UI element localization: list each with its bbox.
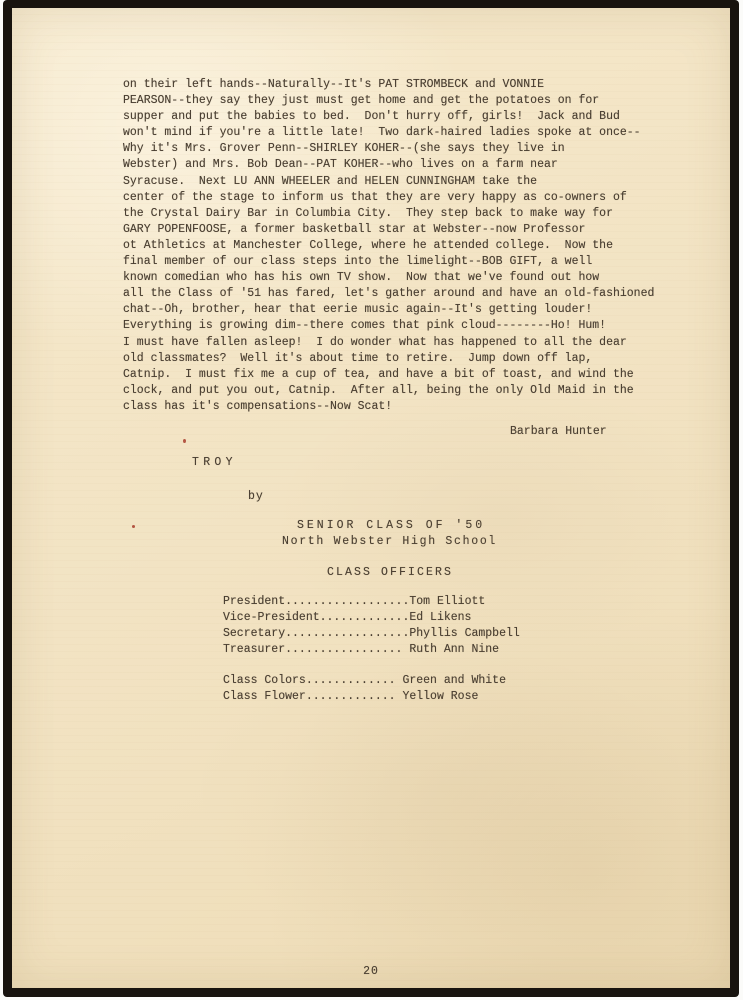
production-title: TROY (192, 455, 668, 471)
paragraph-line: chat--Oh, brother, hear that eerie music… (123, 302, 668, 318)
paper-sheet: on their left hands--Naturally--It's PAT… (12, 8, 730, 988)
paragraph-line: Why it's Mrs. Grover Penn--SHIRLEY KOHER… (123, 141, 668, 157)
paragraph-line: GARY POPENFOOSE, a former basketball sta… (123, 222, 668, 238)
page-content: on their left hands--Naturally--It's PAT… (123, 77, 668, 705)
body-paragraph: on their left hands--Naturally--It's PAT… (123, 77, 668, 415)
paragraph-line: ot Athletics at Manchester College, wher… (123, 238, 668, 254)
paragraph-line: I must have fallen asleep! I do wonder w… (123, 335, 668, 351)
class-flower-row: Class Flower............. Yellow Rose (223, 689, 668, 705)
paragraph-line: Everything is growing dim--there comes t… (123, 318, 668, 334)
officer-name: Ruth Ann Nine (409, 643, 499, 656)
paragraph-line: Catnip. I must fix me a cup of tea, and … (123, 367, 668, 383)
paragraph-line: clock, and put you out, Catnip. After al… (123, 383, 668, 399)
leader-dots: ............. (306, 690, 403, 703)
class-colors-label: Class Colors (223, 674, 306, 687)
class-officers-list: President..................Tom Elliott V… (223, 594, 668, 706)
officer-role: Treasurer (223, 643, 285, 656)
officer-role: President (223, 595, 285, 608)
paragraph-line: on their left hands--Naturally--It's PAT… (123, 77, 668, 93)
leader-dots: ............. (320, 611, 410, 624)
class-flower-label: Class Flower (223, 690, 306, 703)
officer-row-president: President..................Tom Elliott (223, 594, 668, 610)
paragraph-line: old classmates? Well it's about time to … (123, 351, 668, 367)
paragraph-line: supper and put the babies to bed. Don't … (123, 109, 668, 125)
paragraph-line: the Crystal Dairy Bar in Columbia City. … (123, 206, 668, 222)
paragraph-line: Syracuse. Next LU ANN WHEELER and HELEN … (123, 174, 668, 190)
leader-dots: ................. (285, 643, 409, 656)
class-colors-value: Green and White (402, 674, 506, 687)
paragraph-line: center of the stage to inform us that th… (123, 190, 668, 206)
class-colors-row: Class Colors............. Green and Whit… (223, 673, 668, 689)
byline: by (248, 489, 668, 505)
paragraph-line: all the Class of '51 has fared, let's ga… (123, 286, 668, 302)
officer-row-vice-president: Vice-President.............Ed Likens (223, 610, 668, 626)
officer-name: Ed Likens (409, 611, 471, 624)
leader-dots: ............. (306, 674, 403, 687)
officer-name: Phyllis Campbell (409, 627, 519, 640)
paragraph-line: won't mind if you're a little late! Two … (123, 125, 668, 141)
officer-row-treasurer: Treasurer................. Ruth Ann Nine (223, 642, 668, 658)
author-signature: Barbara Hunter (510, 424, 668, 440)
paragraph-line: Webster) and Mrs. Bob Dean--PAT KOHER--w… (123, 157, 668, 173)
officer-name: Tom Elliott (409, 595, 485, 608)
class-officers-heading: CLASS OFFICERS (327, 565, 668, 581)
senior-class-line: SENIOR CLASS OF '50 (297, 518, 668, 534)
leader-dots: .................. (285, 627, 409, 640)
scanned-yearbook-page: on their left hands--Naturally--It's PAT… (0, 0, 743, 1000)
page-number: 20 (12, 965, 730, 978)
paragraph-line: known comedian who has his own TV show. … (123, 270, 668, 286)
paragraph-line: class has it's compensations--Now Scat! (123, 399, 668, 415)
paragraph-line: PEARSON--they say they just must get hom… (123, 93, 668, 109)
paragraph-line: final member of our class steps into the… (123, 254, 668, 270)
officer-role: Secretary (223, 627, 285, 640)
leader-dots: .................. (285, 595, 409, 608)
officer-row-secretary: Secretary..................Phyllis Campb… (223, 626, 668, 642)
class-flower-value: Yellow Rose (402, 690, 478, 703)
school-name: North Webster High School (282, 534, 668, 550)
officer-role: Vice-President (223, 611, 320, 624)
